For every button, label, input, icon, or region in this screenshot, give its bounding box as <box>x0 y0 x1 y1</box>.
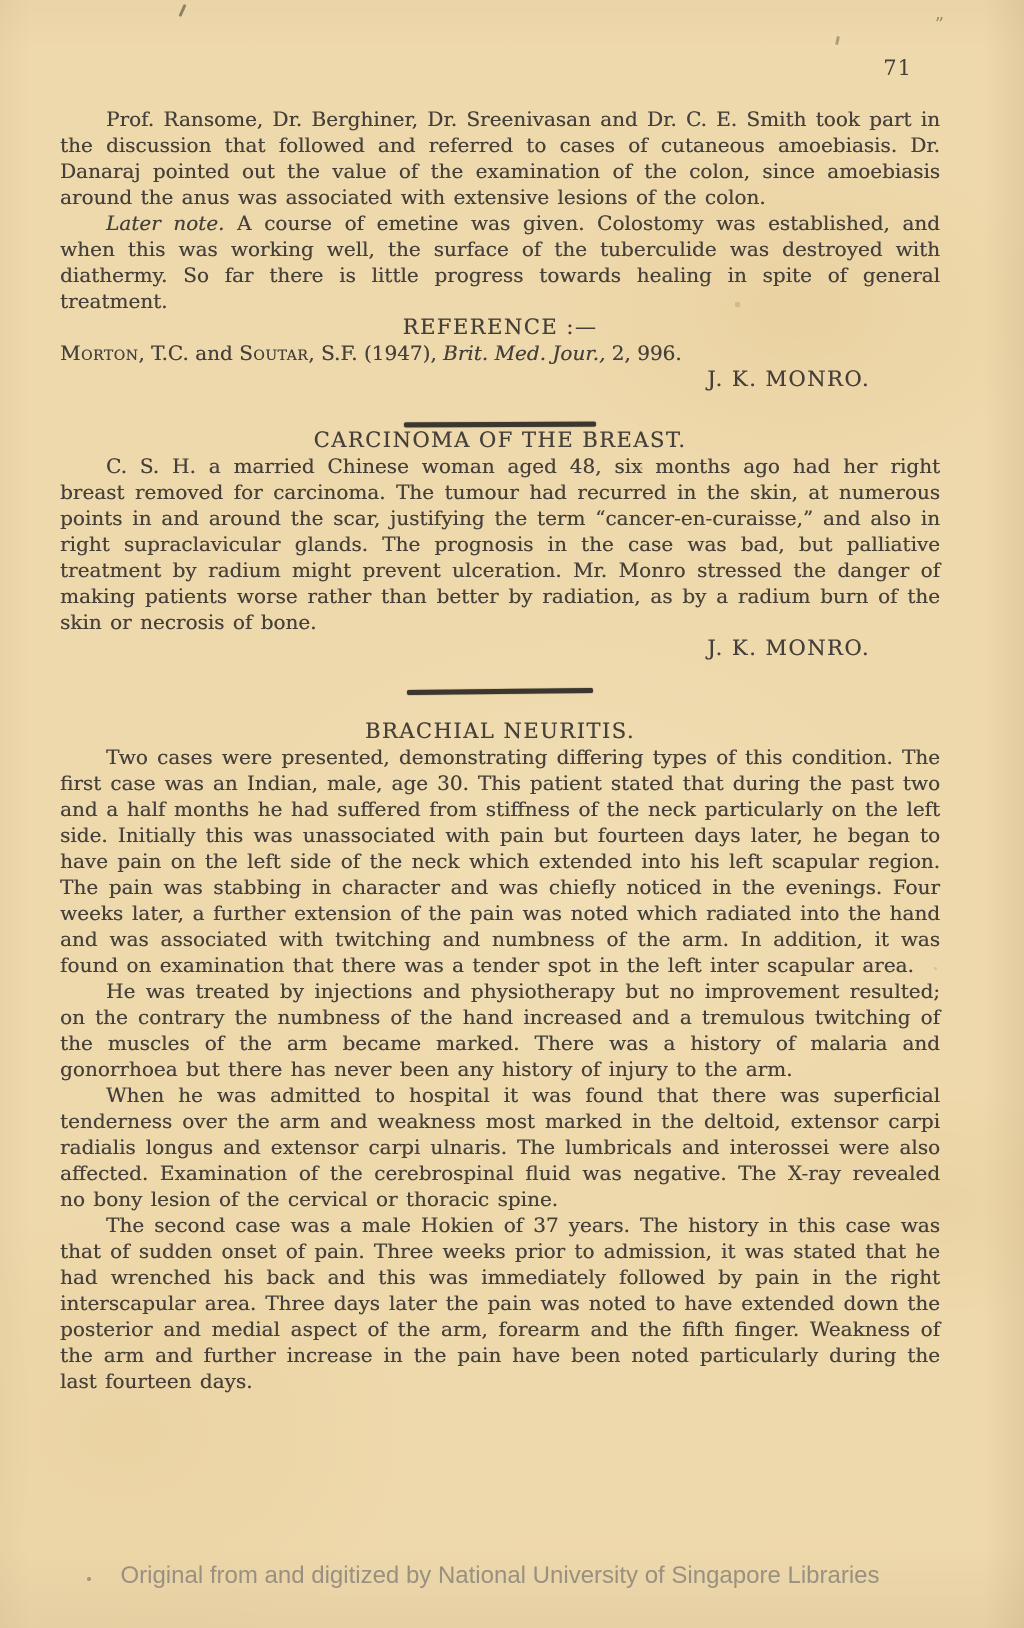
reference-journal-title: Brit. Med. Jour., <box>443 341 605 365</box>
brachial-heading: BRACHIAL NEURITIS. <box>60 718 940 744</box>
signature-monro-1: J. K. MONRO. <box>60 366 940 392</box>
page-content: Prof. Ransome, Dr. Berghiner, Dr. Sreeni… <box>0 0 1024 1394</box>
reference-heading: REFERENCE :— <box>60 314 940 340</box>
reference-separator-2: , S.F. (1947), <box>308 341 443 365</box>
signature-monro-2: J. K. MONRO. <box>60 635 940 661</box>
brachial-paragraph-2: He was treated by injections and physiot… <box>60 978 940 1082</box>
reference-separator-1: , T.C. and <box>138 341 239 365</box>
scanned-journal-page: 71 Prof. Ransome, Dr. Berghiner, Dr. Sre… <box>0 0 1024 1628</box>
brachial-paragraph-1: Two cases were presented, demonstrating … <box>60 744 940 978</box>
reference-entry: Morton, T.C. and Soutar, S.F. (1947), Br… <box>60 340 940 366</box>
carcinoma-heading: CARCINOMA OF THE BREAST. <box>60 427 940 453</box>
digitization-footer: Original from and digitized by National … <box>60 1562 940 1590</box>
section-divider-rule-1 <box>404 422 596 428</box>
carcinoma-paragraph: C. S. H. a married Chinese woman aged 48… <box>60 453 940 635</box>
discussion-paragraph: Prof. Ransome, Dr. Berghiner, Dr. Sreeni… <box>60 106 940 210</box>
later-note-lead: Later note. <box>106 211 224 235</box>
reference-author-1: Morton <box>60 341 138 365</box>
section-divider-rule-2 <box>407 688 593 695</box>
reference-volume-page: 2, 996. <box>605 341 681 365</box>
later-note-paragraph: Later note. A course of emetine was give… <box>60 210 940 314</box>
brachial-paragraph-3: When he was admitted to hospital it was … <box>60 1082 940 1212</box>
brachial-paragraph-4: The second case was a male Hokien of 37 … <box>60 1212 940 1394</box>
reference-author-2: Soutar <box>239 341 308 365</box>
